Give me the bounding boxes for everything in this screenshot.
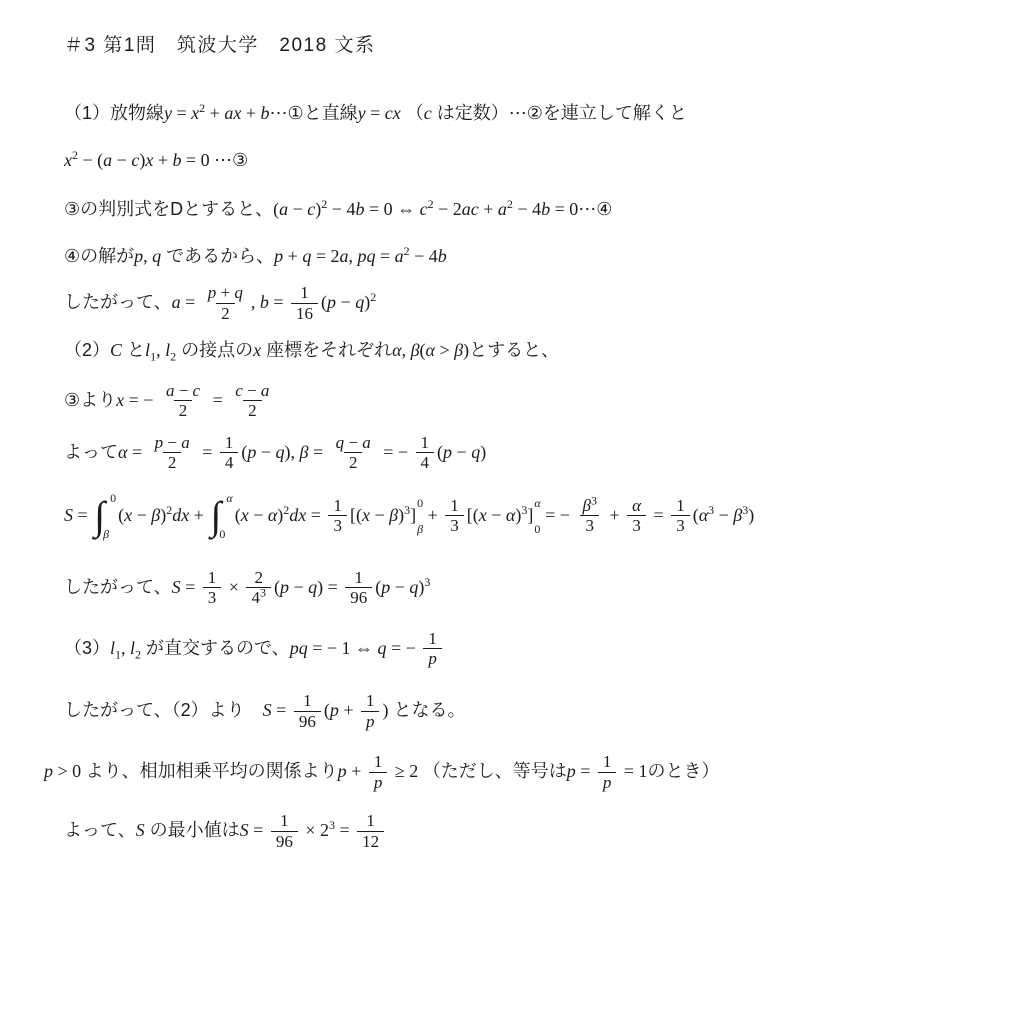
math-var-run: q <box>378 638 387 658</box>
fraction-denominator: 2 <box>174 400 193 421</box>
math-var-run: p <box>247 441 256 461</box>
math-var-run: p <box>381 577 390 597</box>
text-run: よって <box>64 441 118 461</box>
math-var-run: β <box>103 527 109 541</box>
fraction-numerator: 1 <box>445 496 464 516</box>
integral: ∫0β <box>94 491 116 541</box>
math-var-run: pq <box>290 638 308 658</box>
fraction-denominator: 4 <box>416 452 435 473</box>
text-run: であるから、 <box>161 246 274 266</box>
fraction-denominator: p <box>361 711 380 732</box>
fraction: 13 <box>328 496 347 536</box>
fraction-denominator: 2 <box>243 400 262 421</box>
math-run: 1 <box>603 752 612 771</box>
math-var-run: x <box>362 505 370 525</box>
fraction-numerator: q − a <box>331 433 376 453</box>
text-run: ③の判別式をDとすると、 <box>64 199 273 219</box>
fraction-numerator: α <box>627 496 646 516</box>
math-run: − 4 <box>410 246 438 266</box>
fraction: 14 <box>220 433 239 473</box>
math-var-run: q <box>234 283 243 302</box>
math-var-run: q <box>471 441 480 461</box>
fraction-numerator: 1 <box>328 496 347 516</box>
fraction-numerator: 1 <box>671 496 690 516</box>
math-run: 2 <box>168 453 177 472</box>
math-run: − <box>714 505 733 525</box>
math-var-run: a <box>261 381 270 400</box>
fraction-numerator: 1 <box>361 811 380 831</box>
fraction-denominator: 3 <box>671 515 690 536</box>
math-run: = <box>73 505 92 525</box>
math-run: = 2 <box>311 246 339 266</box>
math-run: + <box>216 283 234 302</box>
text-run: したがって、（2）より <box>64 700 263 720</box>
fraction-denominator: 2 <box>344 452 363 473</box>
math-run: ≥ 2 <box>390 761 422 781</box>
math-run: > <box>435 340 454 360</box>
math-var-run: a <box>103 150 112 170</box>
math-run: − <box>336 292 355 312</box>
math-var-run: S <box>240 820 249 840</box>
math-run: − <box>112 150 131 170</box>
text-run: ②を連立して解くと <box>527 103 687 123</box>
math-run: = − 1 ⇔ <box>308 638 378 658</box>
math-run: 2 <box>179 401 188 420</box>
text-run: 座標をそれぞれ <box>261 340 392 360</box>
fraction-denominator: 3 <box>445 515 464 536</box>
math-run: 3 <box>450 516 459 535</box>
fraction-numerator: 1 <box>295 283 314 303</box>
fraction: 14 <box>416 433 435 473</box>
math-run: = <box>375 246 394 266</box>
math-run: 3 <box>632 516 641 535</box>
math-run: = <box>366 103 385 123</box>
fraction: 13 <box>671 496 690 536</box>
math-run: = − <box>124 389 158 409</box>
fraction-denominator: p <box>423 648 442 669</box>
math-run: + <box>423 505 442 525</box>
math-run: , <box>156 340 165 360</box>
superscript: 3 <box>424 575 430 589</box>
math-run: 4 <box>251 588 260 607</box>
upper-limit: α <box>226 492 232 504</box>
math-run: = <box>208 389 227 409</box>
math-run: 0 <box>110 491 116 505</box>
lower-limit: 0 <box>219 528 232 540</box>
math-run: 1 <box>428 629 437 648</box>
fraction-denominator: 43 <box>246 587 271 608</box>
integral-limits: α0 <box>222 491 232 541</box>
math-run: = <box>172 103 191 123</box>
math-var-run: p <box>155 433 164 452</box>
math-run: + <box>153 150 172 170</box>
text-run: と <box>122 340 145 360</box>
solution-lines: （1）放物線y = x2 + ax + b⋯①と直線y = cx （c は定数）… <box>64 101 992 851</box>
math-var-run: p <box>374 773 383 792</box>
math-var-run: x <box>253 340 261 360</box>
fraction-numerator: β3 <box>577 496 601 516</box>
math-run: 1 <box>300 283 309 302</box>
math-run: ) <box>480 441 486 461</box>
fraction-numerator: 1 <box>416 433 435 453</box>
math-run: , <box>402 340 411 360</box>
fraction-denominator: 2 <box>163 452 182 473</box>
text-run: の接点の <box>176 340 253 360</box>
math-run: 1 <box>676 496 685 515</box>
fraction-denominator: 3 <box>328 515 347 536</box>
math-var-run: pq <box>357 246 375 266</box>
math-run: 96 <box>276 832 293 851</box>
math-run: 1 <box>280 811 289 830</box>
math-var-run: p <box>134 246 143 266</box>
fraction: 13 <box>203 568 222 608</box>
math-var-run: α <box>226 491 232 505</box>
text-run: となる。 <box>388 700 465 720</box>
math-var-run: p <box>44 761 53 781</box>
math-run: + <box>347 761 366 781</box>
fraction: 1p <box>423 629 442 669</box>
superscript: 2 <box>370 290 376 304</box>
fraction-denominator: 2 <box>216 303 235 324</box>
fraction: q − a2 <box>331 433 376 473</box>
math-var-run: x <box>64 150 72 170</box>
fraction: 116 <box>291 283 318 323</box>
solution-line-5-a-b-values: したがって、a = p + q2, b = 116(p − q)2 <box>64 283 992 323</box>
math-var-run: c <box>193 381 201 400</box>
fraction-numerator: 1 <box>361 691 380 711</box>
text-run: したがって、 <box>64 292 172 312</box>
math-var-run: p <box>280 577 289 597</box>
math-run: − <box>289 577 308 597</box>
math-var-run: p <box>330 700 339 720</box>
math-var-run: S <box>64 505 73 525</box>
math-run: × 2 <box>301 820 329 840</box>
math-run: − <box>174 381 192 400</box>
math-run: = <box>649 505 668 525</box>
math-run: , <box>251 292 260 312</box>
math-run: − <box>256 441 275 461</box>
math-run: = <box>127 441 146 461</box>
fraction-denominator: p <box>369 772 388 793</box>
fraction-denominator: 96 <box>271 831 298 852</box>
math-run: − 4 <box>327 199 355 219</box>
lower-limit: β <box>103 528 116 540</box>
math-run: , <box>121 638 130 658</box>
math-var-run: x <box>191 103 199 123</box>
math-var-run: ax <box>224 103 241 123</box>
fraction-numerator: 1 <box>220 433 239 453</box>
math-run: ] <box>527 505 533 525</box>
fraction-denominator: 16 <box>291 303 318 324</box>
page-title: ＃3 第1問 筑波大学 2018 文系 <box>64 30 992 57</box>
fraction-numerator: p + q <box>203 283 248 303</box>
solution-line-6-statement-2: （2）C とl1, l2 の接点のx 座標をそれぞれα, β(α > β)とする… <box>64 338 992 362</box>
math-var-run: p <box>327 292 336 312</box>
math-run: − 2 <box>434 199 462 219</box>
text-run: ③ <box>232 150 248 170</box>
math-var-run: q <box>276 441 285 461</box>
math-var-run: c <box>420 199 428 219</box>
fraction-numerator: 2 <box>249 568 268 588</box>
fraction-denominator: 12 <box>357 831 384 852</box>
math-var-run: β <box>582 496 590 515</box>
math-run: = <box>306 505 325 525</box>
math-var-run: x <box>241 505 249 525</box>
math-var-run: C <box>110 340 122 360</box>
math-run: − <box>390 577 409 597</box>
solution-line-13-am-gm: p > 0 より、相加相乗平均の関係よりp + 1p ≥ 2 （ただし、等号はp… <box>44 752 992 792</box>
math-run: = <box>576 761 595 781</box>
solution-line-14-minimum: よって、S の最小値はS = 196 × 23 = 112 <box>64 811 992 851</box>
upper-limit: 0 <box>110 492 116 504</box>
fraction: 112 <box>357 811 384 851</box>
math-var-run: a <box>181 433 190 452</box>
math-run: 2 <box>254 568 263 587</box>
math-var-run: α <box>426 340 435 360</box>
math-run: = <box>272 700 291 720</box>
math-var-run: β <box>151 505 160 525</box>
fraction: 1p <box>598 752 617 792</box>
text-run: （ <box>401 103 424 123</box>
fraction: 196 <box>345 568 372 608</box>
solution-line-11-statement-3: （3）l1, l2 が直交するので、pq = − 1 ⇔ q = − 1p <box>64 629 992 669</box>
fraction: α3 <box>627 496 646 536</box>
solution-line-10-s-in-pq: したがって、S = 13 × 243(p − q) = 196(p − q)3 <box>64 568 992 608</box>
math-var-run: α <box>506 505 515 525</box>
math-var-run: S <box>263 700 272 720</box>
math-run: = − <box>387 638 421 658</box>
text-run: の最小値は <box>145 820 240 840</box>
math-var-run: p <box>428 649 437 668</box>
integral-limits: 0β <box>106 491 116 541</box>
solution-line-3-discriminant: ③の判別式をDとすると、(a − c)2 − 4b = 0 ⇔ c2 − 2ac… <box>64 197 992 221</box>
math-var-run: p <box>443 441 452 461</box>
math-var-run: β <box>411 340 420 360</box>
math-run: ), <box>285 441 300 461</box>
math-var-run: α <box>699 505 708 525</box>
math-run: 1 <box>366 691 375 710</box>
math-var-run: α <box>632 496 641 515</box>
math-var-run: y <box>164 103 172 123</box>
math-run: + <box>205 103 224 123</box>
fraction-numerator: a − c <box>161 381 205 401</box>
math-run: = 0 ⇔ <box>364 199 419 219</box>
math-run: 2 <box>349 453 358 472</box>
math-var-run: β <box>454 340 463 360</box>
math-run: = <box>181 577 200 597</box>
math-var-run: a <box>172 292 181 312</box>
math-run: ⋯ <box>509 103 527 123</box>
math-run: = <box>269 292 288 312</box>
math-run: − <box>249 505 268 525</box>
math-run: + <box>605 505 624 525</box>
math-var-run: p <box>603 773 612 792</box>
math-var-run: S <box>136 820 145 840</box>
fraction-numerator: 1 <box>350 568 369 588</box>
math-var-run: S <box>172 577 181 597</box>
math-run: 96 <box>350 588 367 607</box>
fraction-denominator: 96 <box>294 711 321 732</box>
math-run: 3 <box>676 516 685 535</box>
math-run: ) <box>748 505 754 525</box>
math-run: 12 <box>362 832 379 851</box>
math-var-run: α <box>268 505 277 525</box>
math-var-run: q <box>336 433 345 452</box>
math-run: 0 <box>534 522 540 536</box>
math-run: = <box>181 292 200 312</box>
solution-line-12-s-in-p: したがって、（2）より S = 196(p + 1p) となる。 <box>64 691 992 731</box>
math-var-run: b <box>541 199 550 219</box>
math-run: 3 <box>208 588 217 607</box>
math-run: = − <box>379 441 413 461</box>
math-var-run: a <box>498 199 507 219</box>
fraction-numerator: c − a <box>230 381 274 401</box>
fraction: 196 <box>271 811 298 851</box>
lower-limit: 0 <box>534 523 540 535</box>
math-run: = − <box>541 505 575 525</box>
fraction: c − a2 <box>230 381 274 421</box>
math-run: 1 <box>208 568 217 587</box>
math-var-run: a <box>395 246 404 266</box>
math-run: = <box>198 441 217 461</box>
math-run: ] <box>410 505 416 525</box>
math-var-run: x <box>479 505 487 525</box>
text-run: （ただし、等号は <box>423 761 567 781</box>
math-var-run: p <box>274 246 283 266</box>
math-run: − <box>487 505 506 525</box>
text-run: ④ <box>596 199 612 219</box>
fraction-denominator: 96 <box>345 587 372 608</box>
text-run: は定数） <box>432 103 509 123</box>
math-run: 1 <box>366 811 375 830</box>
math-var-run: a <box>279 199 288 219</box>
math-var-run: p <box>338 761 347 781</box>
fraction: p − a2 <box>150 433 195 473</box>
math-run: = 0 ⋯ <box>181 150 232 170</box>
text-run: より、相加相乗平均の関係より <box>86 761 338 781</box>
math-run: ⋯ <box>269 103 287 123</box>
math-run: + <box>283 246 302 266</box>
solution-line-2-equation-3: x2 − (a − c)x + b = 0 ⋯③ <box>64 148 992 172</box>
fraction: 1p <box>361 691 380 731</box>
text-run: ①と直線 <box>287 103 357 123</box>
fraction: 243 <box>246 568 271 608</box>
math-run: 1 <box>303 691 312 710</box>
solution-line-4-roots-pq: ④の解がp, q であるから、p + q = 2a, pq = a2 − 4b <box>64 244 992 268</box>
math-run: 96 <box>299 712 316 731</box>
math-run: + <box>241 103 260 123</box>
text-run: のとき） <box>648 761 720 781</box>
math-run: + <box>189 505 208 525</box>
document: ＃3 第1問 筑波大学 2018 文系 （1）放物線y = x2 + ax + … <box>0 0 1022 851</box>
math-run: 1 <box>374 752 383 771</box>
integral: ∫α0 <box>210 491 232 541</box>
fraction-denominator: p <box>598 772 617 793</box>
fraction-numerator: p − a <box>150 433 195 453</box>
fraction-numerator: 1 <box>203 568 222 588</box>
math-run: − <box>163 433 181 452</box>
math-var-run: q <box>152 246 161 266</box>
math-run: 1 <box>333 496 342 515</box>
fraction-denominator: 3 <box>627 515 646 536</box>
math-run: = 0⋯ <box>550 199 596 219</box>
fraction: a − c2 <box>161 381 205 421</box>
math-run: − <box>288 199 307 219</box>
math-run: 0 <box>219 527 225 541</box>
math-run: 3 <box>585 516 594 535</box>
text-run: ③より <box>64 389 116 409</box>
solution-line-8-alpha-beta: よってα = p − a2 = 14(p − q), β = q − a2 = … <box>64 433 992 473</box>
text-run: （2） <box>64 340 110 360</box>
fraction: 196 <box>294 691 321 731</box>
math-run: 16 <box>296 304 313 323</box>
math-var-run: p <box>366 712 375 731</box>
math-run: 1 <box>225 433 234 452</box>
math-var-run: dx <box>289 505 306 525</box>
text-run: ④の解が <box>64 246 134 266</box>
math-var-run: q <box>355 292 364 312</box>
fraction: 1p <box>369 752 388 792</box>
text-run: が直交するので、 <box>141 638 290 658</box>
fraction-numerator: 1 <box>598 752 617 772</box>
math-var-run: p <box>567 761 576 781</box>
math-run: − ( <box>78 150 103 170</box>
math-var-run: ac <box>462 199 479 219</box>
math-run: 2 <box>248 401 257 420</box>
math-var-run: q <box>308 577 317 597</box>
solution-line-7-x-from-3: ③よりx = − a − c2 = c − a2 <box>64 381 992 421</box>
text-run: とすると、 <box>469 340 559 360</box>
math-run: − <box>344 433 362 452</box>
math-run: [( <box>350 505 362 525</box>
math-var-run: q <box>302 246 311 266</box>
fraction: p + q2 <box>203 283 248 323</box>
math-var-run: x <box>116 389 124 409</box>
math-var-run: x <box>124 505 132 525</box>
math-var-run: dx <box>172 505 189 525</box>
math-var-run: y <box>358 103 366 123</box>
math-run: + <box>479 199 498 219</box>
text-run: よって、 <box>64 820 136 840</box>
math-run: 4 <box>421 453 430 472</box>
math-run: − <box>452 441 471 461</box>
math-var-run: α <box>392 340 401 360</box>
math-run: − <box>132 505 151 525</box>
math-var-run: β <box>733 505 742 525</box>
math-run: [( <box>467 505 479 525</box>
math-run: = <box>308 441 327 461</box>
math-var-run: β <box>389 505 398 525</box>
math-run: = 1 <box>619 761 647 781</box>
math-run: 4 <box>225 453 234 472</box>
math-var-run: a <box>362 433 371 452</box>
fraction-numerator: 1 <box>423 629 442 649</box>
math-run: ) = <box>317 577 342 597</box>
text-run: （3） <box>64 638 110 658</box>
math-run: + <box>339 700 358 720</box>
math-run: × <box>224 577 243 597</box>
math-run: 2 <box>221 304 230 323</box>
math-run: − <box>243 381 261 400</box>
fraction-denominator: 4 <box>220 452 239 473</box>
math-run: 1 <box>450 496 459 515</box>
math-var-run: c <box>235 381 243 400</box>
superscript: 3 <box>591 493 597 507</box>
fraction-numerator: 1 <box>275 811 294 831</box>
math-var-run: cx <box>385 103 401 123</box>
solution-line-1-statement-1: （1）放物線y = x2 + ax + b⋯①と直線y = cx （c は定数）… <box>64 101 992 125</box>
math-var-run: b <box>438 246 447 266</box>
